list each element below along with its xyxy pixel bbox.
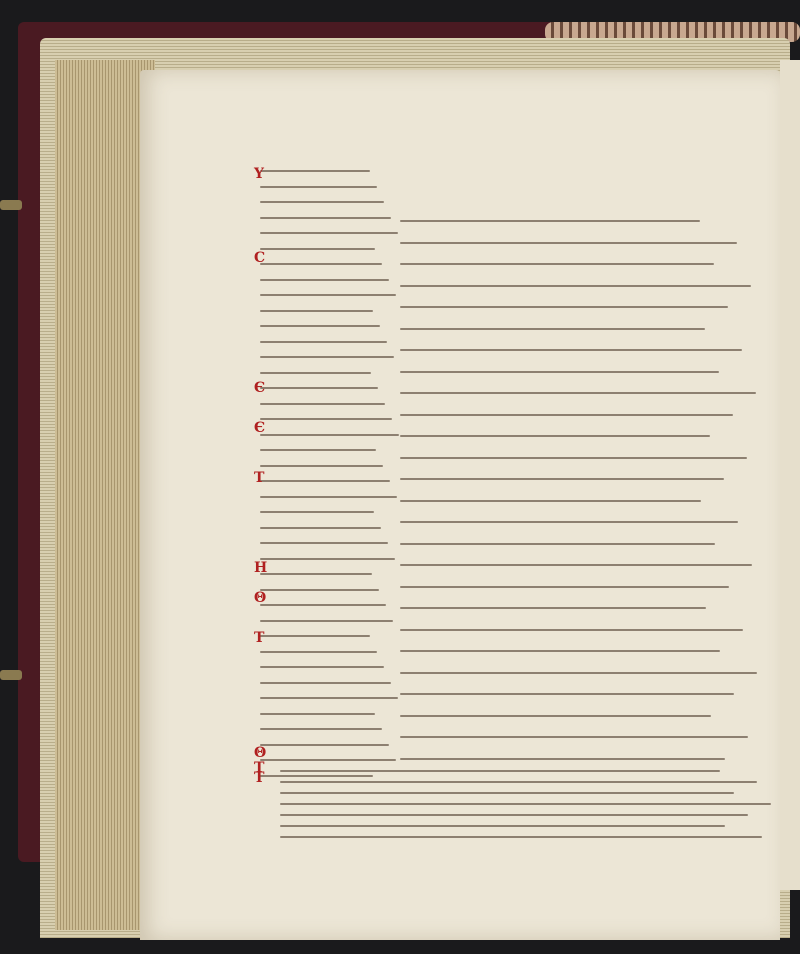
script-line (260, 496, 397, 498)
script-line (400, 414, 733, 416)
script-line (260, 511, 374, 513)
script-line (260, 480, 390, 482)
script-line (400, 263, 714, 265)
script-line (400, 457, 747, 459)
rubric-initial: Θ (254, 590, 266, 606)
script-line (260, 744, 389, 746)
script-line (260, 434, 399, 436)
script-line (400, 328, 705, 330)
script-line (400, 693, 734, 695)
script-line (260, 728, 382, 730)
script-line (400, 306, 728, 308)
script-line (280, 792, 734, 794)
script-line (400, 758, 725, 760)
script-line (400, 521, 738, 523)
script-line (260, 325, 380, 327)
script-line (400, 392, 756, 394)
script-line (280, 825, 725, 827)
script-line (260, 620, 393, 622)
script-line (260, 697, 398, 699)
script-line (260, 341, 387, 343)
rubric-initial: Η (254, 560, 267, 576)
script-line (260, 604, 386, 606)
script-line (280, 781, 757, 783)
script-line (260, 558, 395, 560)
script-line (400, 650, 720, 652)
clasp-top (0, 200, 22, 210)
clasp-bottom (0, 670, 22, 680)
script-line (260, 465, 383, 467)
script-line (400, 629, 743, 631)
rubric-initial: Є (254, 380, 265, 396)
script-line (260, 666, 384, 668)
script-line (260, 713, 375, 715)
script-line (260, 682, 391, 684)
script-line (280, 836, 762, 838)
rubric-initial: C (254, 250, 265, 266)
script-line (400, 672, 757, 674)
script-line (260, 759, 396, 761)
script-line (400, 242, 737, 244)
script-line (260, 418, 392, 420)
script-line (260, 542, 388, 544)
script-line (400, 500, 701, 502)
script-line (400, 349, 742, 351)
script-line (260, 775, 373, 777)
rubric-initial: Υ (254, 166, 264, 182)
script-line (400, 586, 729, 588)
script-line (400, 736, 748, 738)
script-line (400, 478, 724, 480)
script-line (260, 449, 376, 451)
script-line (260, 186, 377, 188)
script-line (260, 279, 389, 281)
rubric-initial: Τ (254, 630, 264, 646)
script-line (280, 814, 748, 816)
script-line (260, 635, 370, 637)
script-line (260, 527, 381, 529)
script-line (400, 435, 710, 437)
script-line (400, 564, 752, 566)
script-line (260, 217, 391, 219)
rubric-initial: Є (254, 420, 265, 436)
script-line (400, 371, 719, 373)
script-line (260, 573, 372, 575)
script-line (260, 372, 371, 374)
script-line (400, 607, 706, 609)
script-line (280, 770, 720, 772)
script-line (260, 232, 398, 234)
script-line (260, 387, 378, 389)
script-line (260, 263, 382, 265)
rubric-initial: Θ (254, 745, 266, 761)
rubric-initial: Τ (254, 470, 264, 486)
script-line (260, 589, 379, 591)
script-line (260, 651, 377, 653)
script-line (280, 803, 771, 805)
manuscript-page: ΥCЄЄΤΗΘΤΘΤΤ (140, 70, 780, 940)
script-line (260, 248, 375, 250)
script-line (400, 285, 751, 287)
script-line (400, 220, 700, 222)
script-line (400, 715, 711, 717)
script-line (260, 201, 384, 203)
rubric-initial: Τ (254, 770, 264, 786)
script-line (260, 170, 370, 172)
script-line (260, 310, 373, 312)
script-line (260, 356, 394, 358)
facing-page-edge (780, 60, 800, 890)
script-line (400, 543, 715, 545)
script-line (260, 294, 396, 296)
script-line (260, 403, 385, 405)
